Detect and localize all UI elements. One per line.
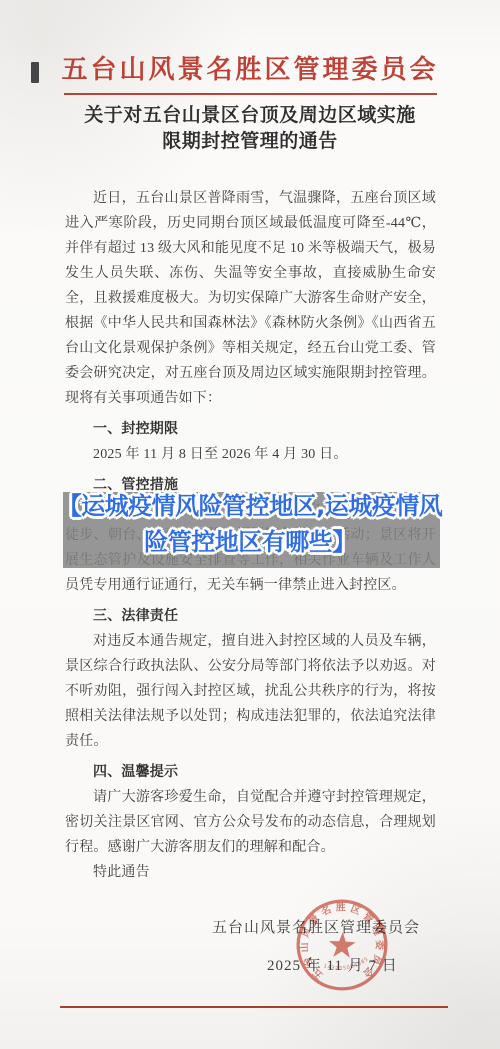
header-divider — [64, 93, 437, 95]
notice-title: 关于对五台山景区台顶及周边区域实施限期封控管理的通告 — [75, 103, 425, 155]
notice-document-page: 五台山风景名胜区管理委员会 关于对五台山景区台顶及周边区域实施限期封控管理的通告… — [0, 0, 500, 1049]
committee-header: 五台山风景名胜区管理委员会 — [0, 49, 500, 86]
seal-star-icon — [328, 931, 356, 958]
intro-paragraph: 近日，五台山景区普降雨雪，气温骤降，五座台顶区域进入严寒阶段，历史同期台顶区域最… — [65, 186, 436, 411]
overlay-caption: 【运城疫情风险管控地区,运城疫情风 险管控地区有哪些】 — [0, 488, 500, 560]
closing-line: 特此通告 — [65, 860, 436, 885]
section-body-4: 请广大游客珍爱生命，自觉配合并遵守封控管理规定，密切关注景区官网、官方公众号发布… — [65, 785, 436, 860]
section-heading-3: 三、法律责任 — [65, 604, 436, 629]
official-seal-icon: 五台山风景名胜区管理委员会 143235004685 — [280, 883, 405, 1008]
section-heading-1: 一、封控期限 — [65, 417, 436, 442]
caption-line-2: 险管控地区有哪些】 — [0, 524, 500, 560]
caption-line-1: 【运城疫情风险管控地区,运城疫情风 — [0, 488, 500, 524]
bottom-divider — [60, 1006, 448, 1008]
section-heading-4: 四、温馨提示 — [65, 760, 436, 785]
section-body-1: 2025 年 11 月 8 日至 2026 年 4 月 30 日。 — [65, 442, 436, 467]
section-body-3: 对违反本通告规定，擅自进入封控区域的人员及车辆，景区综合行政执法队、公安分局等部… — [65, 629, 436, 754]
